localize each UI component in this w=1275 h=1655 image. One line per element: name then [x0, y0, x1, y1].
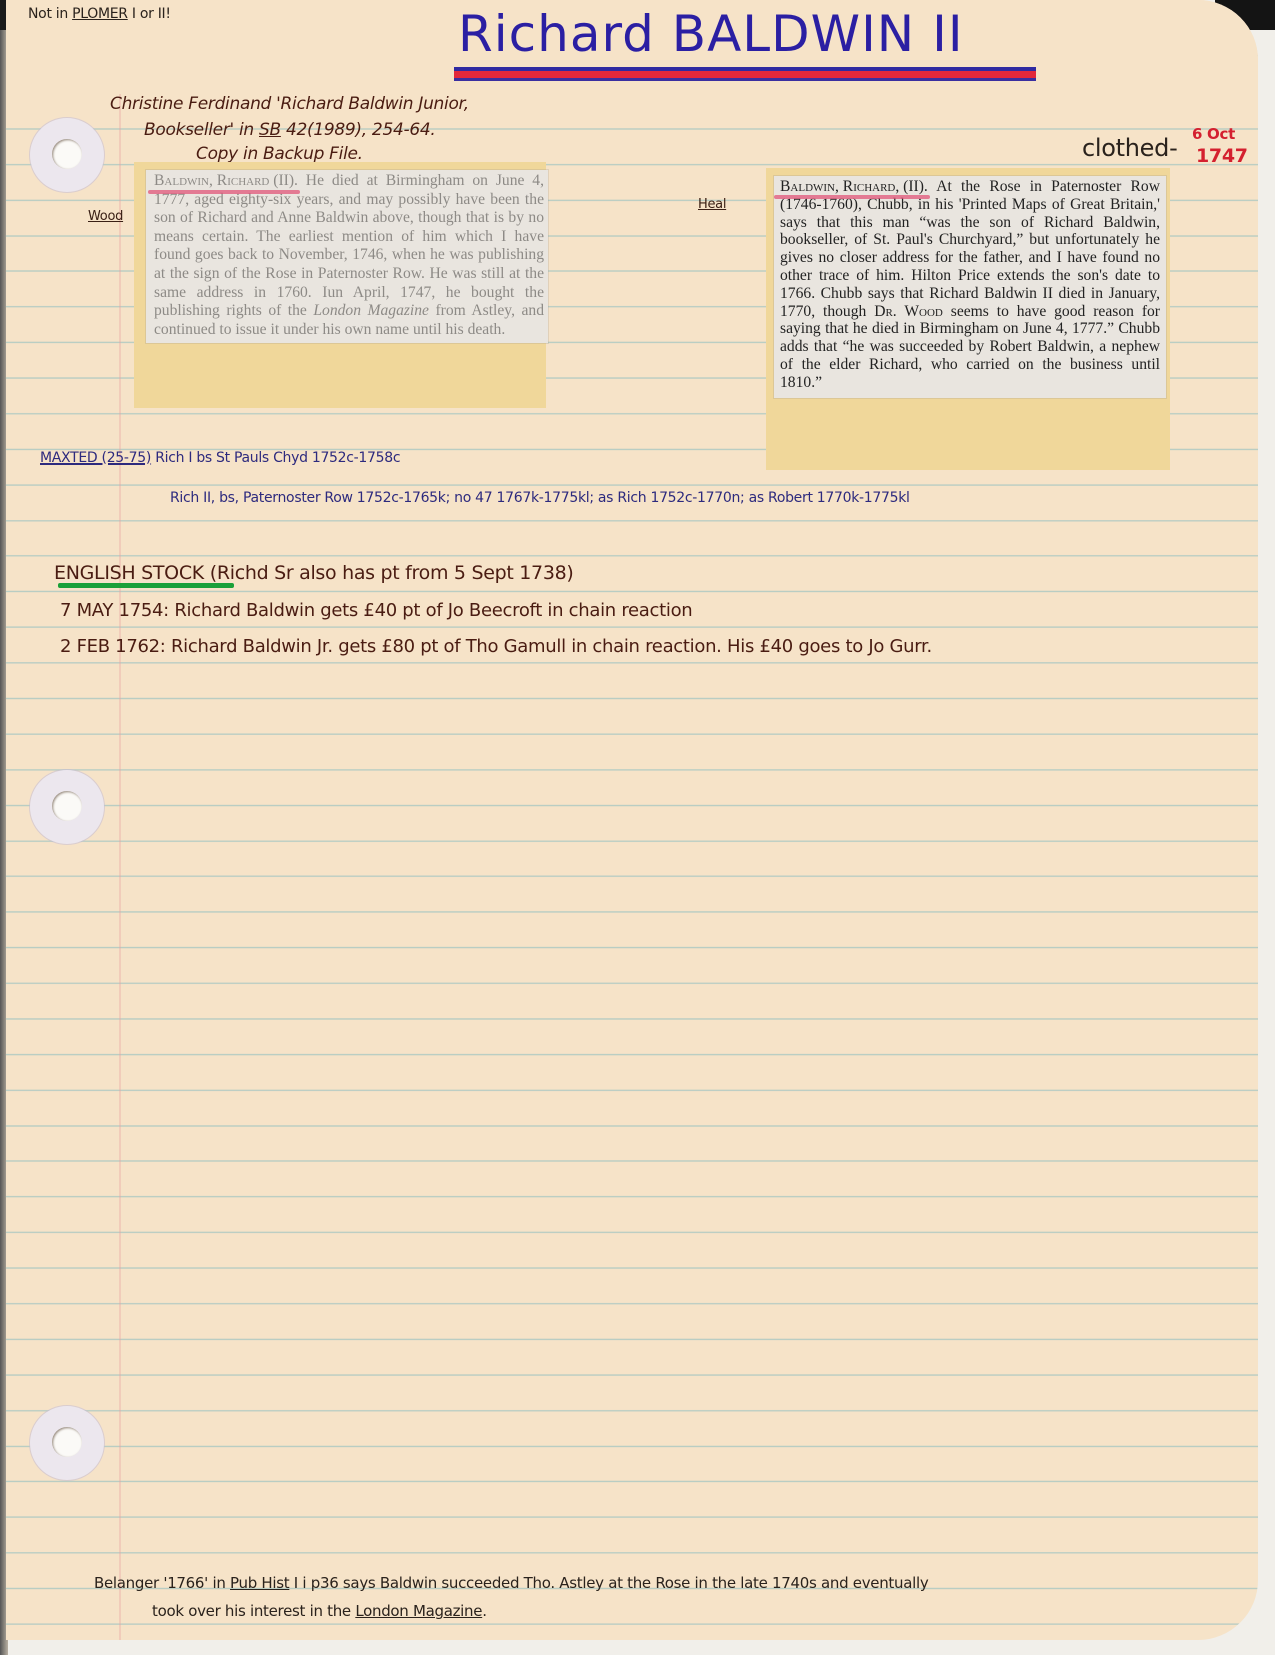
maxted-line2: Rich II, bs, Paternoster Row 1752c-1765k…	[170, 490, 910, 506]
english-stock-heading: ENGLISH STOCK	[54, 562, 204, 584]
top-note: Not in PLOMER I or II!	[28, 6, 171, 22]
clipping-heal-dr-wood: Dr. Wood	[874, 303, 943, 320]
binder-hole-top	[30, 118, 104, 192]
reference-note-line2: Bookseller' in SB 42(1989), 254-64.	[144, 120, 435, 140]
clothed-label: clothed-	[1082, 134, 1177, 162]
margin-label-heal: Heal	[698, 197, 726, 212]
index-card-sheet: Not in PLOMER I or II! Richard BALDWIN I…	[6, 0, 1258, 1640]
english-stock-note: (Richd Sr also has pt from 5 Sept 1738)	[210, 562, 574, 584]
maxted-line1: Rich I bs St Pauls Chyd 1752c-1758c	[155, 450, 400, 466]
clipping-wood-heading: Baldwin, Richard (II).	[154, 172, 298, 191]
clipping-wood: Baldwin, Richard (II). He died at Birmin…	[146, 170, 548, 343]
english-stock-entry: 2 FEB 1762: Richard Baldwin Jr. gets £80…	[60, 636, 932, 657]
maxted-entry: MAXTED (25-75) Rich I bs St Pauls Chyd 1…	[40, 450, 400, 466]
clipping-heal: Baldwin, Richard, (II). At the Rose in P…	[774, 176, 1166, 398]
top-note-suffix: I or II!	[128, 6, 171, 22]
english-stock-heading-row: ENGLISH STOCK (Richd Sr also has pt from…	[54, 562, 574, 584]
footer-note-line2-suffix: .	[482, 1602, 486, 1620]
margin-label-wood: Wood	[88, 209, 123, 224]
page-title: Richard BALDWIN II	[458, 5, 964, 63]
clipping-heal-text: At the Rose in Paternoster Row (1746-176…	[780, 178, 1160, 320]
clipping-heal-heading: Baldwin, Richard, (II).	[780, 178, 928, 196]
reference-note-prefix: Bookseller' in	[144, 120, 259, 140]
footer-note-line2: took over his interest in the London Mag…	[152, 1602, 487, 1620]
reference-note-line1: Christine Ferdinand 'Richard Baldwin Jun…	[110, 94, 469, 114]
clipping-wood-italic: London Magazine	[313, 302, 429, 319]
top-note-ref: PLOMER	[72, 6, 128, 22]
reference-note-suffix: 42(1989), 254-64.	[281, 120, 436, 140]
english-stock-entry: 7 MAY 1754: Richard Baldwin gets £40 pt …	[60, 600, 692, 621]
footer-note-ref: Pub Hist	[230, 1574, 289, 1592]
english-stock-underline	[58, 583, 234, 588]
footer-note-line2-prefix: took over his interest in the	[152, 1602, 355, 1620]
binder-hole-bottom	[30, 1406, 104, 1480]
title-underline-red	[454, 71, 1036, 78]
top-note-prefix: Not in	[28, 6, 72, 22]
reference-note-line3: Copy in Backup File.	[196, 144, 363, 164]
footer-note-line1: Belanger '1766' in Pub Hist I i p36 says…	[94, 1574, 928, 1592]
title-underline-lower	[454, 78, 1036, 81]
footer-note-line2-ref: London Magazine	[355, 1602, 482, 1620]
footer-note-prefix: Belanger '1766' in	[94, 1574, 230, 1592]
footer-note-suffix: I i p36 says Baldwin succeeded Tho. Astl…	[289, 1574, 928, 1592]
clothed-date-year: 1747	[1196, 145, 1248, 167]
maxted-label: MAXTED (25-75)	[40, 450, 151, 466]
reference-note-journal: SB	[259, 120, 281, 140]
clipping-wood-text: He died at Birmingham on June 4, 1777, a…	[154, 172, 544, 319]
clothed-date-day: 6 Oct	[1192, 125, 1235, 143]
binder-hole-middle	[30, 770, 104, 844]
